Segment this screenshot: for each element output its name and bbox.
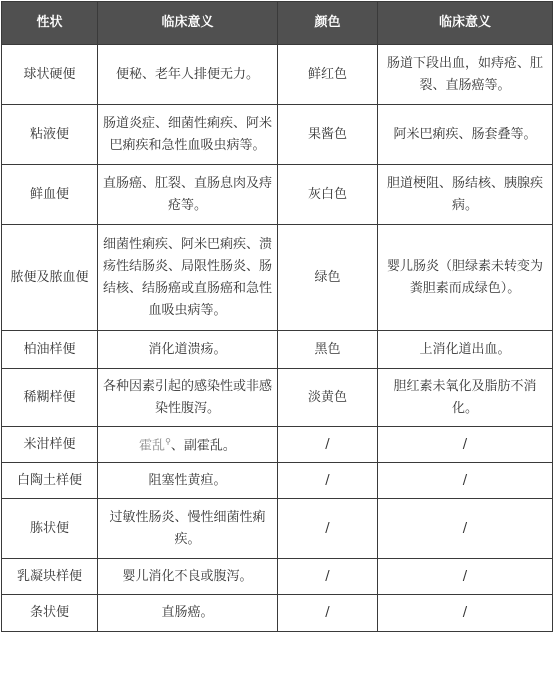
cell-color-meaning: 胆道梗阻、肠结核、胰腺疾病。 bbox=[378, 165, 553, 225]
table-row: 鲜血便直肠癌、肛裂、直肠息肉及痔疮等。灰白色胆道梗阻、肠结核、胰腺疾病。 bbox=[2, 165, 553, 225]
cell-shape: 乳凝块样便 bbox=[2, 559, 98, 595]
cell-color: 淡黄色 bbox=[278, 369, 378, 427]
stool-clinical-table: 性状 临床意义 颜色 临床意义 球状硬便便秘、老年人排便无力。鲜红色肠道下段出血… bbox=[1, 1, 553, 632]
cell-shape-meaning: 阻塞性黄疸。 bbox=[98, 463, 278, 499]
cell-shape-meaning: 霍乱⚲、副霍乱。 bbox=[98, 427, 278, 463]
cell-shape-meaning: 肠道炎症、细菌性痢疾、阿米巴痢疾和急性血吸虫病等。 bbox=[98, 105, 278, 165]
cell-color-meaning: / bbox=[378, 499, 553, 559]
table-row: 粘液便肠道炎症、细菌性痢疾、阿米巴痢疾和急性血吸虫病等。果酱色阿米巴痢疾、肠套叠… bbox=[2, 105, 553, 165]
cell-shape: 米泔样便 bbox=[2, 427, 98, 463]
cell-shape: 脓便及脓血便 bbox=[2, 225, 98, 331]
cell-color-meaning: 上消化道出血。 bbox=[378, 331, 553, 369]
header-shape-meaning: 临床意义 bbox=[98, 2, 278, 45]
cell-shape: 稀糊样便 bbox=[2, 369, 98, 427]
cholera-link[interactable]: 霍乱 bbox=[139, 439, 165, 454]
cell-color: 黑色 bbox=[278, 331, 378, 369]
cell-color: 灰白色 bbox=[278, 165, 378, 225]
cell-color-meaning: 肠道下段出血，如痔疮、肛裂、直肠癌等。 bbox=[378, 45, 553, 105]
cell-color-meaning: 胆红素未氧化及脂肪不消化。 bbox=[378, 369, 553, 427]
table-row: 白陶土样便阻塞性黄疸。// bbox=[2, 463, 553, 499]
cell-color: / bbox=[278, 595, 378, 632]
table-row: 米泔样便霍乱⚲、副霍乱。// bbox=[2, 427, 553, 463]
cell-shape-meaning: 直肠癌。 bbox=[98, 595, 278, 632]
cell-text: 、副霍乱。 bbox=[171, 439, 236, 454]
cell-shape: 胨状便 bbox=[2, 499, 98, 559]
header-color: 颜色 bbox=[278, 2, 378, 45]
cell-shape: 鲜血便 bbox=[2, 165, 98, 225]
cell-shape: 白陶土样便 bbox=[2, 463, 98, 499]
cell-color-meaning: / bbox=[378, 559, 553, 595]
cell-color: / bbox=[278, 463, 378, 499]
cell-color: / bbox=[278, 499, 378, 559]
table-row: 稀糊样便各种因素引起的感染性或非感染性腹泻。淡黄色胆红素未氧化及脂肪不消化。 bbox=[2, 369, 553, 427]
cell-shape-meaning: 消化道溃疡。 bbox=[98, 331, 278, 369]
cell-shape-meaning: 各种因素引起的感染性或非感染性腹泻。 bbox=[98, 369, 278, 427]
table-row: 脓便及脓血便细菌性痢疾、阿米巴痢疾、溃疡性结肠炎、局限性肠炎、肠结核、结肠癌或直… bbox=[2, 225, 553, 331]
header-row: 性状 临床意义 颜色 临床意义 bbox=[2, 2, 553, 45]
cell-shape-meaning: 直肠癌、肛裂、直肠息肉及痔疮等。 bbox=[98, 165, 278, 225]
cell-color: 鲜红色 bbox=[278, 45, 378, 105]
cell-color: / bbox=[278, 427, 378, 463]
cell-color: / bbox=[278, 559, 378, 595]
cell-color-meaning: 阿米巴痢疾、肠套叠等。 bbox=[378, 105, 553, 165]
cell-shape-meaning: 过敏性肠炎、慢性细菌性痢疾。 bbox=[98, 499, 278, 559]
header-color-meaning: 临床意义 bbox=[378, 2, 553, 45]
cell-color-meaning: / bbox=[378, 595, 553, 632]
table-row: 柏油样便消化道溃疡。黑色上消化道出血。 bbox=[2, 331, 553, 369]
cell-shape: 粘液便 bbox=[2, 105, 98, 165]
cell-shape-meaning: 婴儿消化不良或腹泻。 bbox=[98, 559, 278, 595]
header-shape: 性状 bbox=[2, 2, 98, 45]
cell-color-meaning: / bbox=[378, 463, 553, 499]
cell-shape-meaning: 便秘、老年人排便无力。 bbox=[98, 45, 278, 105]
table-row: 乳凝块样便婴儿消化不良或腹泻。// bbox=[2, 559, 553, 595]
table-row: 球状硬便便秘、老年人排便无力。鲜红色肠道下段出血，如痔疮、肛裂、直肠癌等。 bbox=[2, 45, 553, 105]
table-row: 胨状便过敏性肠炎、慢性细菌性痢疾。// bbox=[2, 499, 553, 559]
cell-color-meaning: / bbox=[378, 427, 553, 463]
cell-color: 绿色 bbox=[278, 225, 378, 331]
cell-shape: 条状便 bbox=[2, 595, 98, 632]
cell-color-meaning: 婴儿肠炎（胆绿素未转变为粪胆素而成绿色）。 bbox=[378, 225, 553, 331]
cell-color: 果酱色 bbox=[278, 105, 378, 165]
cell-shape-meaning: 细菌性痢疾、阿米巴痢疾、溃疡性结肠炎、局限性肠炎、肠结核、结肠癌或直肠癌和急性血… bbox=[98, 225, 278, 331]
cell-shape: 球状硬便 bbox=[2, 45, 98, 105]
cell-shape: 柏油样便 bbox=[2, 331, 98, 369]
table-row: 条状便直肠癌。// bbox=[2, 595, 553, 632]
